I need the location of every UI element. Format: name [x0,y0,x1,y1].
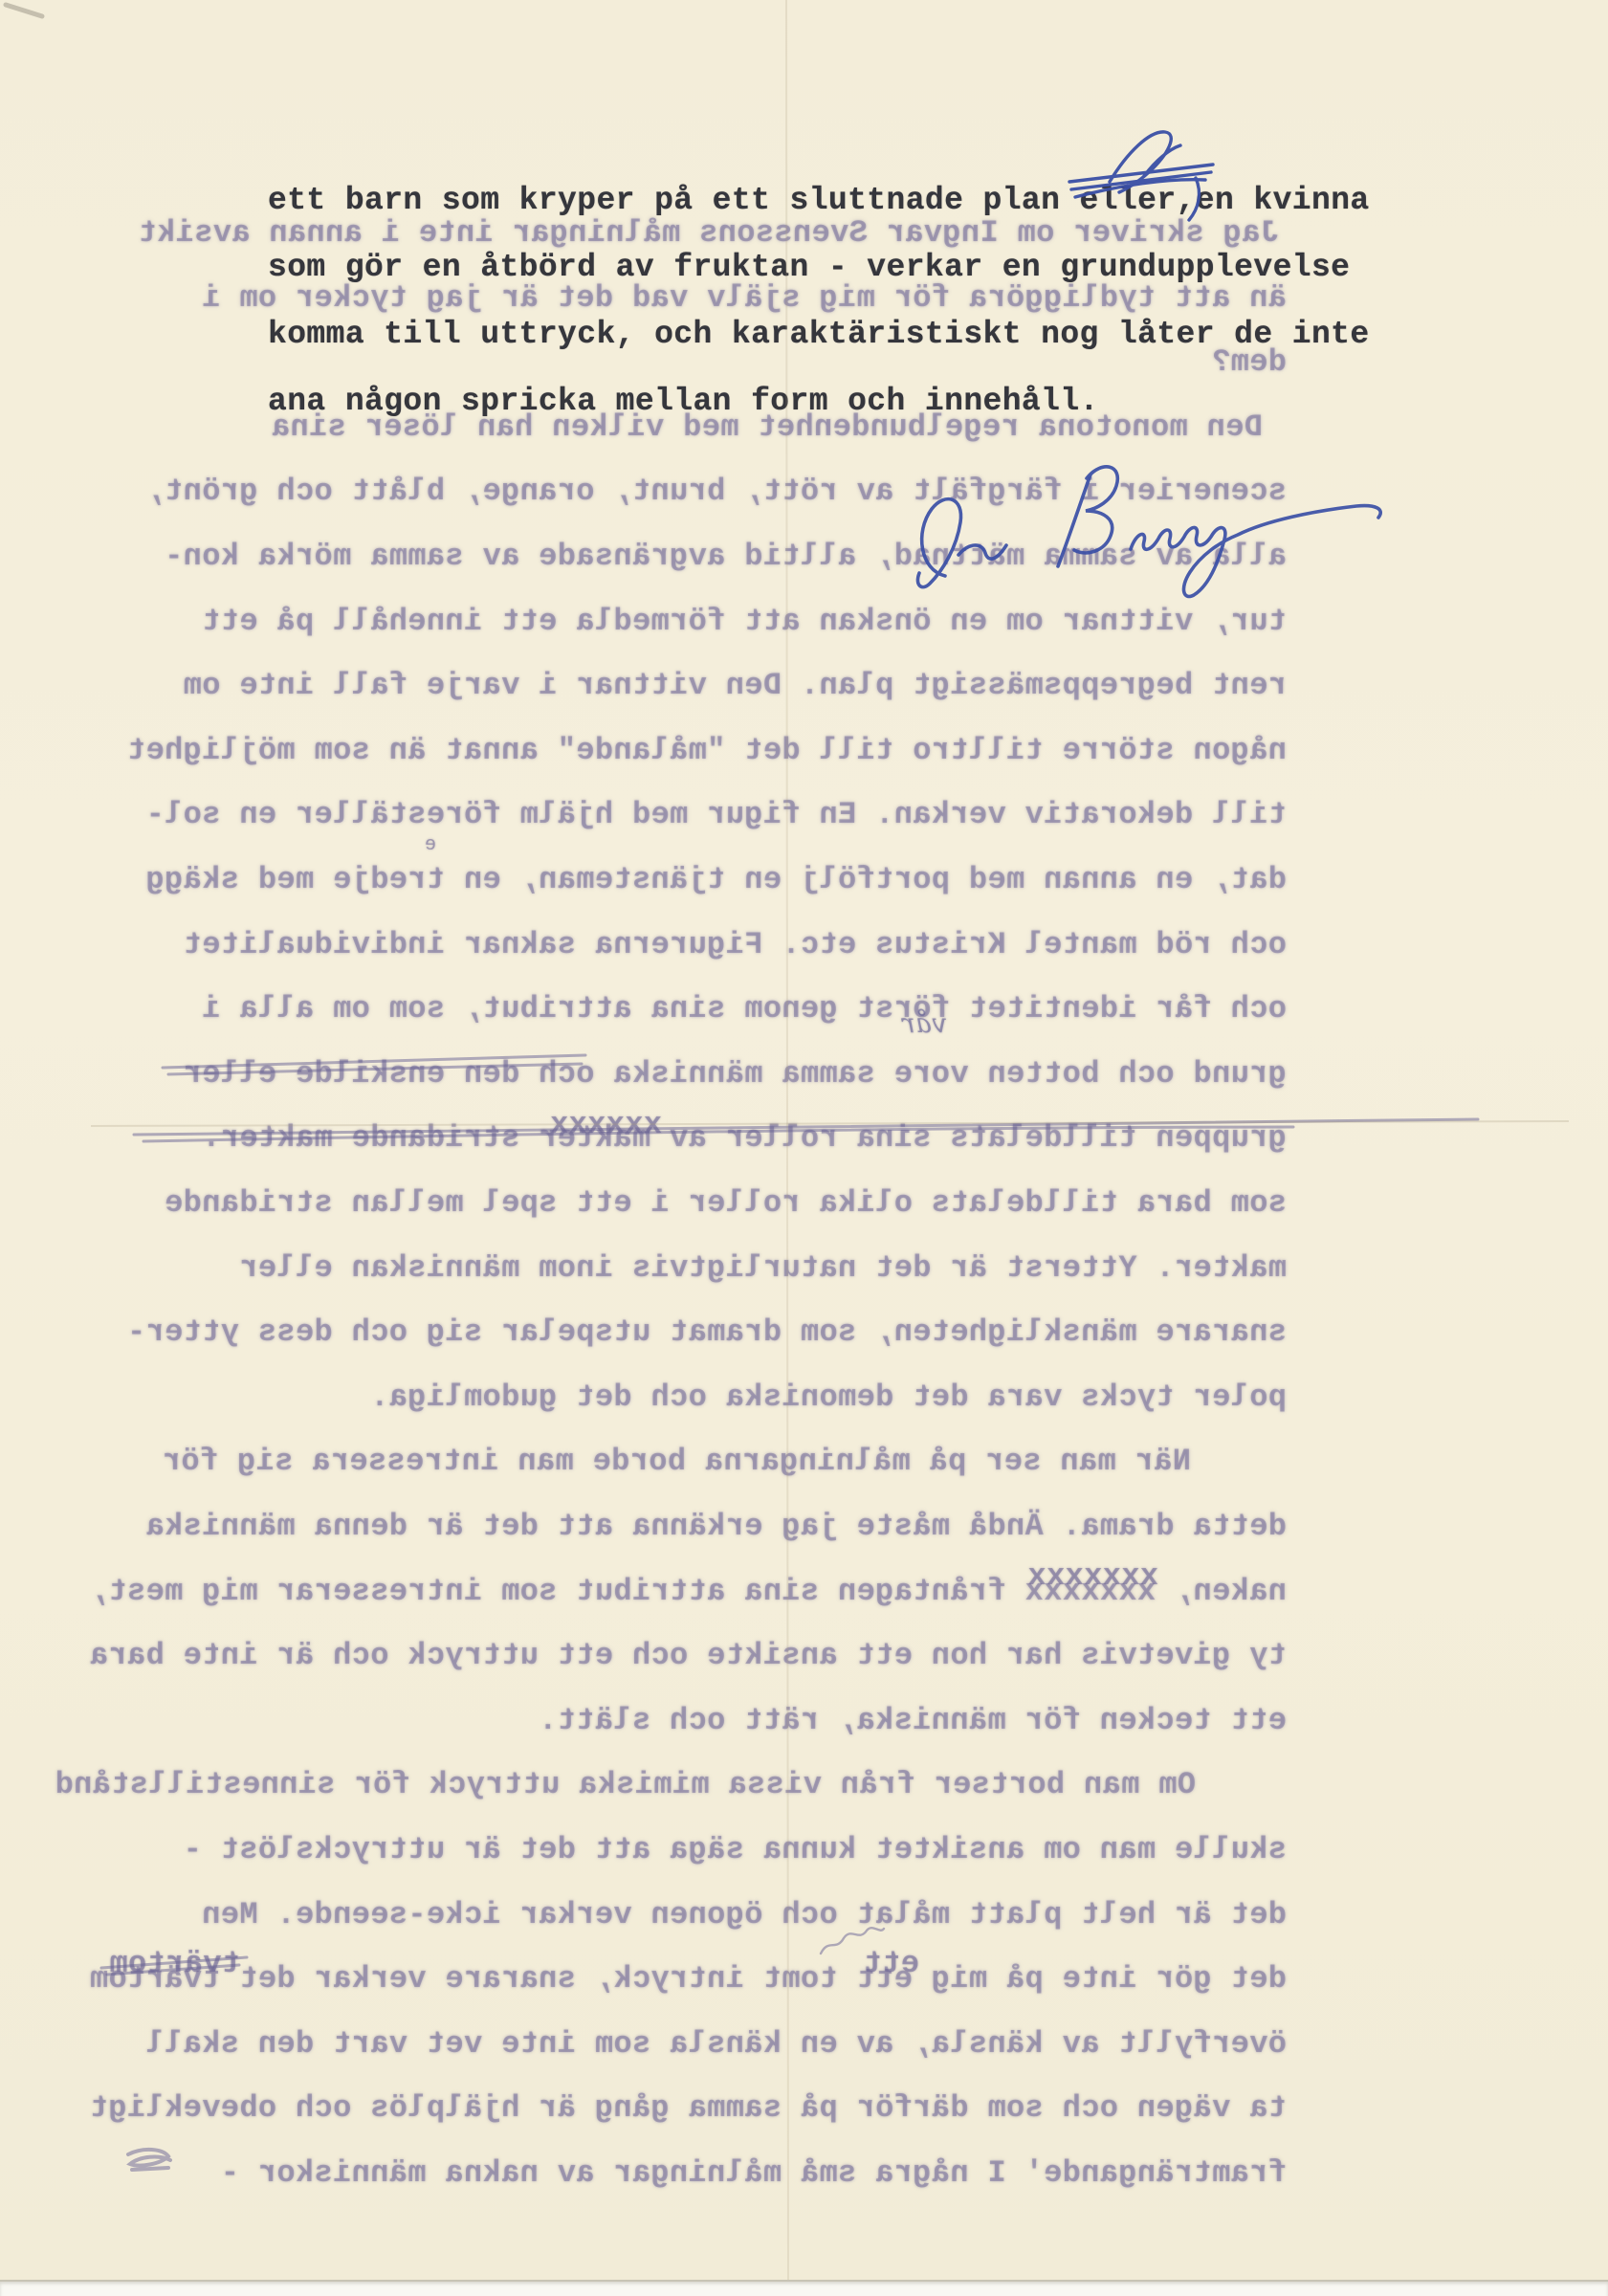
bleedthrough-line: som bara tilldelats olika roller i ett s… [165,1188,1287,1219]
overstruck-bleed-word: xxxxxxx [1027,1561,1158,1592]
typed-text: ett barn som kryper på ett sluttnade pla… [268,183,1080,218]
bleedthrough-line: Om man bortser från vissa mimiska uttryc… [55,1770,1196,1800]
typed-line: ett barn som kryper på ett sluttnade pla… [268,185,1370,216]
struck-out-word: eller [1080,183,1177,218]
bleedthrough-line: tur, vittnar om en önskan att förmedla e… [202,607,1287,637]
bleedthrough-line: dat, en annan med portfölj en tjänsteman… [145,865,1287,895]
bleedthrough-line: framträngande' I några små målningar av … [220,2158,1287,2189]
bleedthrough-line: ta vägen och som därför på samma gång är… [90,2093,1287,2124]
bleedthrough-line: än att tydliggöra för mig själv vad det … [202,283,1287,314]
bleedthrough-line: överfyllt av känsla, av en känsla som in… [145,2029,1287,2060]
bleedthrough-line: makter. Ytterst är det naturligtvis inom… [239,1253,1287,1284]
typed-line: komma till uttryck, och karaktäristiskt … [268,319,1370,350]
overstruck-bleed-word: e [425,836,436,855]
bleedthrough-line: ett tecken för människa, rätt och slätt. [539,1706,1287,1736]
bleedthrough-line: det gör inte på mig ett tomt intryck, sn… [90,1964,1287,1995]
bleedthrough-line: och röd mantel Kristus etc. Figurerna sa… [183,930,1287,960]
typed-text: ,en kvinna [1177,183,1370,218]
bleedthrough-line: det är helt platt målat och ögonen verka… [202,1900,1287,1931]
paper-bottom-edge [0,2280,1608,2296]
bleedthrough-line: någon större tilltro till det "målande" … [127,736,1287,766]
typed-line: ana någon spricka mellan form och innehå… [268,386,1099,417]
overstruck-bleed-word: tvärtom [109,1949,240,1979]
bleedthrough-line: Jag skriver om Ingvar Svenssons målninga… [138,218,1279,249]
bleedthrough-line: grund och botten vore samma människa och… [183,1059,1287,1090]
overstruck-bleed-word: ett [863,1949,919,1979]
bleedthrough-line: och får identitet först genom sina attri… [202,994,1287,1025]
bleedthrough-line: scenerier i färgfält av rött, brunt, ora… [145,476,1287,507]
overstruck-bleed-word: xxxxxx [550,1110,662,1140]
bleedthrough-line: alla av samma mättnad, alltid avgränsade… [165,541,1287,572]
bleedthrough-line: till dekorativ verkan. En figur med hjäl… [145,800,1287,830]
typed-line: som gör en åtbörd av fruktan - verkar en… [268,252,1350,283]
bleedthrough-line: snarare mänskligheten, som dramat utspel… [127,1317,1287,1348]
bleedthrough-line: gruppen tilldelats sina roller av makter… [202,1123,1287,1154]
scanned-letter-page: Jag skriver om Ingvar Svenssons målninga… [0,0,1608,2296]
bleedthrough-line: poler tycks vara det demoniska och det g… [370,1382,1287,1413]
bleedthrough-line: rent begreppsmässigt plan. Den vittnar i… [183,671,1287,701]
bleedthrough-line: skulle man om ansiktet kunna säga att de… [183,1835,1287,1865]
bleedthrough-line: När man ser på målningarna borde man int… [163,1446,1191,1477]
bleedthrough-line: detta drama. Ändå måste jag erkänna att … [145,1512,1287,1542]
bleedthrough-line: ty givetvis har hon ett ansikte och ett … [90,1641,1287,1671]
corner-scratch-mark [6,5,42,16]
handwritten-bleed-word: vår [902,1010,947,1037]
